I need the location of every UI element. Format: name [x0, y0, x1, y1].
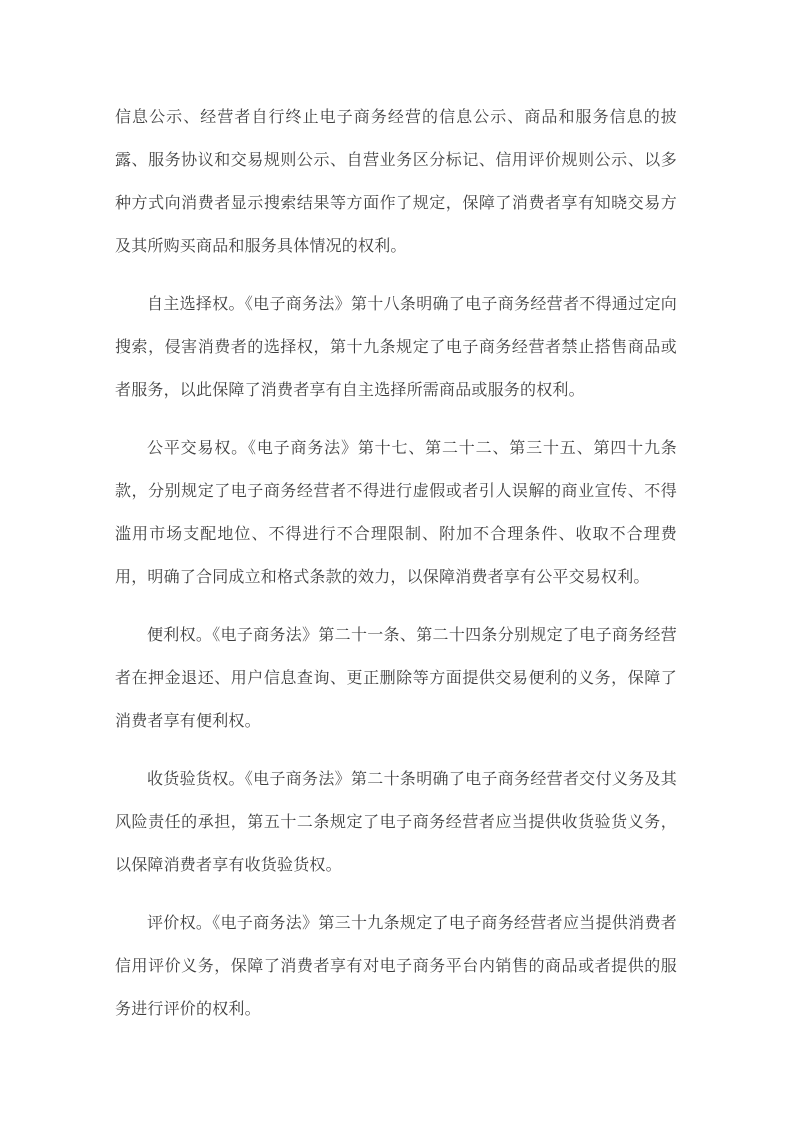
- paragraph-convenience-right: 便利权。《电子商务法》第二十一条、第二十四条分别规定了电子商务经营者在押金退还、…: [115, 614, 677, 743]
- paragraph-free-choice-right: 自主选择权。《电子商务法》第十八条明确了电子商务经营者不得通过定向搜索，侵害消费…: [115, 283, 677, 412]
- document-page: 信息公示、经营者自行终止电子商务经营的信息公示、商品和服务信息的披露、服务协议和…: [0, 0, 793, 1122]
- paragraph-continuation-know-rights: 信息公示、经营者自行终止电子商务经营的信息公示、商品和服务信息的披露、服务协议和…: [115, 96, 677, 268]
- paragraph-goods-inspection-right: 收货验货权。《电子商务法》第二十条明确了电子商务经营者交付义务及其风险责任的承担…: [115, 758, 677, 887]
- paragraph-review-right: 评价权。《电子商务法》第三十九条规定了电子商务经营者应当提供消费者信用评价义务，…: [115, 902, 677, 1031]
- document-body: 信息公示、经营者自行终止电子商务经营的信息公示、商品和服务信息的披露、服务协议和…: [115, 96, 677, 1031]
- paragraph-fair-trade-right: 公平交易权。《电子商务法》第十七、第二十二、第三十五、第四十九条款，分别规定了电…: [115, 427, 677, 599]
